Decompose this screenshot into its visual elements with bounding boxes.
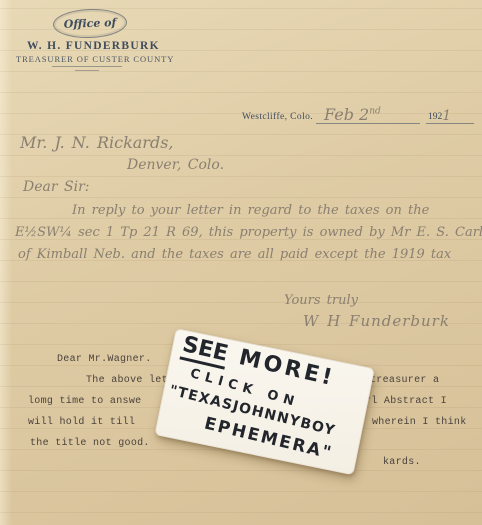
typed-line-2-right: rl Abstract I: [365, 396, 447, 407]
year-rule: 1921: [426, 110, 474, 124]
date-rule: Feb 2nd: [316, 99, 420, 124]
handwritten-body-line-3: of Kimball Neb. and the taxes are all pa…: [18, 247, 451, 262]
letterhead-ornament: [52, 66, 122, 72]
date-ordinal-suffix: nd: [369, 107, 381, 117]
letterhead-title: TREASURER OF CUSTER COUNTY: [16, 54, 174, 64]
recipient-city-line: Denver, Colo.: [127, 157, 224, 173]
letterhead-name: W. H. FUNDERBURK: [27, 40, 160, 52]
salutation-line: Dear Sir:: [23, 179, 89, 195]
date-day-text: Feb 2: [324, 105, 369, 124]
year-digit-handwritten: 1: [442, 110, 451, 123]
recipient-line: Mr. J. N. Rickards,: [20, 133, 173, 152]
handwritten-date: Feb 2nd: [324, 105, 381, 124]
office-of-text: Office of: [64, 16, 117, 31]
typed-line-1-left: The above let: [86, 375, 168, 386]
typed-salutation: Dear Mr.Wagner.: [57, 354, 152, 365]
typed-line-4-left: the title not good.: [30, 438, 150, 449]
note-card: SEEMORE! CLICK ON "TEXASJOHNNYBOY EPHEME…: [154, 328, 375, 475]
handwritten-body-line-2: E½SW¼ sec 1 Tp 21 R 69, this property is…: [15, 225, 482, 240]
signature-line: W H Funderburk: [303, 312, 450, 330]
place-label: Westcliffe, Colo.: [242, 112, 313, 124]
see-text-underlined: SEE: [179, 332, 230, 370]
year-printed: 192: [428, 112, 442, 123]
typed-line-2-left: lomg time to answe: [28, 396, 141, 407]
office-of-stamp: Office of: [53, 8, 128, 40]
dateline: Westcliffe, Colo. Feb 2nd 1921: [242, 100, 474, 124]
typed-line-3-right: wherein I think: [372, 417, 467, 428]
typed-signature-fragment: kards.: [383, 457, 421, 468]
handwritten-body-line-1: In reply to your letter in regard to the…: [72, 203, 429, 218]
typed-line-3-left: will hold it till: [28, 417, 135, 428]
typed-line-1-right: treasurer a: [370, 375, 439, 386]
closing-line: Yours truly: [284, 293, 358, 308]
